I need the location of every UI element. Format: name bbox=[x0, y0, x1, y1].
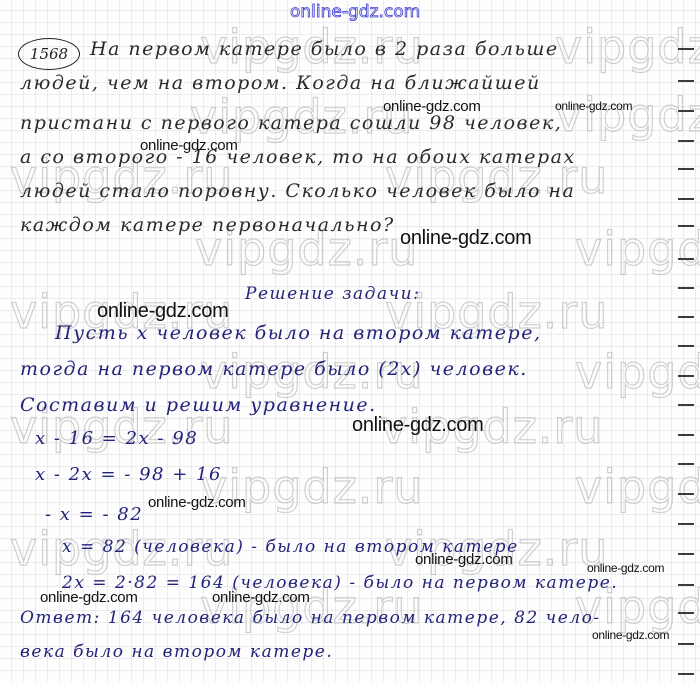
problem-line: а со второго - 16 человек, то на обоих к… bbox=[20, 146, 576, 168]
site-watermark: online-gdz.com bbox=[212, 589, 310, 606]
margin-tick bbox=[678, 643, 694, 645]
vip-watermark: vipgdz.ru bbox=[555, 88, 700, 142]
margin-tick bbox=[678, 198, 694, 200]
site-watermark: online-gdz.com bbox=[352, 414, 483, 437]
margin-tick bbox=[678, 375, 694, 377]
margin-tick bbox=[678, 258, 694, 260]
equation: x - 2x = - 98 + 16 bbox=[35, 464, 222, 485]
site-watermark: online-gdz.com bbox=[592, 628, 669, 642]
margin-tick bbox=[678, 345, 694, 347]
margin-tick bbox=[678, 225, 694, 227]
solution-line: Составим и решим уравнение. bbox=[20, 394, 377, 416]
margin-tick bbox=[678, 404, 694, 406]
margin-tick bbox=[678, 48, 694, 50]
problem-line: На первом катере было в 2 раза больше bbox=[90, 38, 559, 60]
margin-tick bbox=[678, 287, 694, 289]
answer-line: Ответ: 164 человека было на первом катер… bbox=[20, 608, 601, 628]
problem-line: людей стало поровну. Сколько человек был… bbox=[20, 180, 575, 202]
problem-line: людей, чем на втором. Когда на ближайшей bbox=[20, 72, 541, 94]
equation: - x = - 82 bbox=[45, 504, 143, 525]
site-watermark: online-gdz.com bbox=[383, 98, 481, 115]
solution-line: Пусть x человек было на втором катере, bbox=[55, 322, 542, 344]
equation: x - 16 = 2x - 98 bbox=[35, 428, 198, 449]
margin-tick bbox=[678, 673, 694, 675]
site-watermark: online-gdz.com bbox=[148, 494, 246, 511]
notebook-page: vipgdz.ru vipgdz.ru vipgdz.ru vipgdz.ru … bbox=[0, 0, 700, 682]
site-watermark: online-gdz.com bbox=[400, 227, 531, 250]
problem-line: каждом катере первоначально? bbox=[20, 214, 395, 236]
vip-watermark: vipgdz.ru bbox=[575, 460, 700, 514]
margin-tick bbox=[678, 434, 694, 436]
margin-tick bbox=[678, 584, 694, 586]
equation: 2x = 2·82 = 164 (человека) - было на пер… bbox=[62, 573, 618, 593]
vip-watermark: vipgdz.ru bbox=[555, 20, 700, 74]
margin-tick bbox=[678, 553, 694, 555]
vip-watermark: vipgdz.ru bbox=[575, 345, 700, 399]
vip-watermark: vipgdz.ru bbox=[575, 222, 700, 276]
margin-tick bbox=[678, 80, 694, 82]
margin-tick bbox=[678, 316, 694, 318]
problem-number: 1568 bbox=[18, 38, 80, 70]
margin-tick bbox=[678, 168, 694, 170]
margin-tick bbox=[678, 110, 694, 112]
margin-tick bbox=[678, 523, 694, 525]
solution-heading: Решение задачи: bbox=[245, 284, 420, 304]
site-watermark: online-gdz.com bbox=[587, 561, 664, 575]
site-watermark: online-gdz.com bbox=[555, 99, 632, 113]
problem-line: пристани с первого катера сошли 98 челов… bbox=[20, 112, 562, 134]
site-watermark: online-gdz.com bbox=[140, 137, 238, 154]
site-watermark: online-gdz.com bbox=[415, 551, 513, 568]
site-watermark: online-gdz.com bbox=[97, 300, 228, 323]
margin-tick bbox=[678, 463, 694, 465]
top-watermark: online-gdz.com bbox=[290, 2, 420, 22]
answer-line: века было на втором катере. bbox=[20, 642, 333, 662]
margin-tick bbox=[678, 612, 694, 614]
site-watermark: online-gdz.com bbox=[40, 589, 138, 606]
margin-tick bbox=[678, 493, 694, 495]
margin-tick bbox=[678, 140, 694, 142]
solution-line: тогда на первом катере было (2x) человек… bbox=[20, 358, 528, 380]
